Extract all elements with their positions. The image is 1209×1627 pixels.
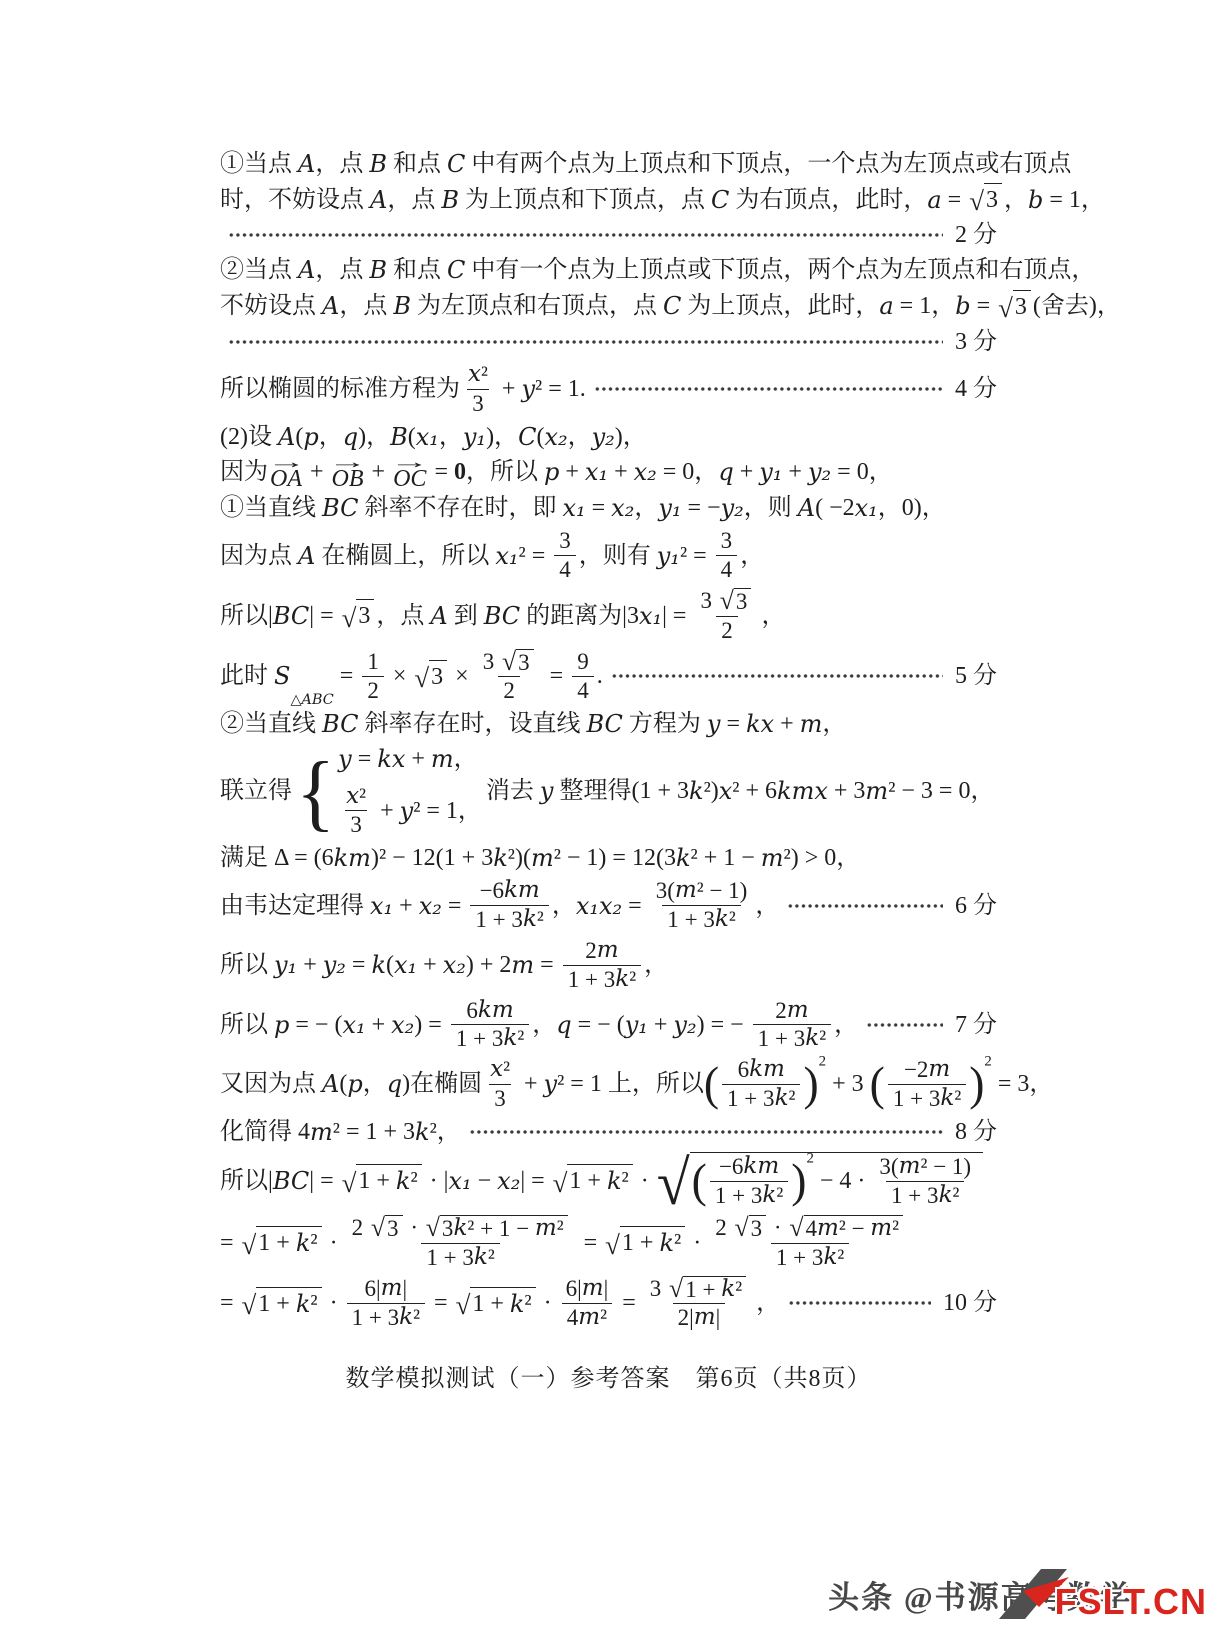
- text-run: 因为: [220, 456, 268, 488]
- text-run: k: [607, 1165, 622, 1197]
- text-run: BC: [273, 600, 309, 632]
- dotted-leader: [228, 232, 943, 238]
- text-run: m: [817, 1216, 839, 1242]
- solution-line: 因为点 A 在椭圆上，所以 x₁² = 34，则有 y₁² = 34，: [220, 527, 997, 584]
- text-run: 所以|: [220, 600, 273, 632]
- solution-line: 又因为点 A(p，q)在椭圆x²3 + y² = 1 上，所以(6km1 + 3…: [220, 1056, 997, 1113]
- line-content: ①当直线 BC 斜率不存在时，即 x₁ = x₂，y₁ = −y₂，则 A( −…: [220, 492, 946, 524]
- vector: →OA: [270, 456, 302, 489]
- text-run: x₁: [370, 890, 393, 922]
- text-run: 4: [721, 557, 733, 583]
- fraction: −6km1 + 3k²: [710, 1153, 788, 1210]
- solution-line: 2 分: [220, 219, 997, 251]
- text-run: b: [955, 290, 970, 322]
- text-run: m: [578, 1305, 600, 1331]
- radical-sign: √: [998, 295, 1013, 322]
- text-run: ，: [363, 1068, 387, 1100]
- solution-line: ②当点 A，点 B 和点 C 中有一个点为上顶点或下顶点，两个点为左顶点和右顶点…: [220, 254, 997, 286]
- square-root: √1 + k²: [242, 1226, 322, 1259]
- text-run: x₂: [544, 421, 567, 453]
- square-root: √1 + k²: [669, 1276, 746, 1303]
- fraction: 2m1 + 3k²: [753, 997, 831, 1054]
- line-content: ②当直线 BC 斜率存在时，设直线 BC 方程为 y = kx + m，: [220, 708, 846, 740]
- text-run: 3: [736, 589, 748, 615]
- text-run: 1 +: [258, 1227, 296, 1259]
- text-run: +: [774, 708, 800, 740]
- denominator: 1 + 3k²: [771, 1243, 849, 1272]
- text-run: 联立得: [220, 775, 292, 807]
- text-run: 1: [367, 649, 379, 675]
- text-run: y₁: [658, 492, 681, 524]
- text-run: BC: [322, 708, 358, 740]
- text-run: m: [865, 775, 888, 807]
- solution-line: ①当直线 BC 斜率不存在时，即 x₁ = x₂，y₁ = −y₂，则 A( −…: [220, 492, 997, 524]
- numerator: 3 √1 + k²: [645, 1275, 753, 1304]
- text-run: −: [472, 1165, 498, 1197]
- text-run: A: [298, 148, 315, 180]
- text-run: ) = −: [697, 1009, 750, 1041]
- radicand: 1 + k²: [256, 1226, 321, 1259]
- square-root: √4m² − m²: [789, 1215, 903, 1242]
- line-content: 不妨设点 A，点 B 为左顶点和右顶点，点 C 为上顶点，此时，a = 1，b …: [220, 290, 1121, 323]
- text-run: kmx: [777, 775, 828, 807]
- solution-line: 所以|BC| = √3，点 A 到 BC 的距离为|3x₁| = 3 √32，: [220, 587, 997, 645]
- radical-sign: √: [789, 1215, 803, 1241]
- text-run: ，点: [339, 290, 393, 322]
- text-run: y₂: [721, 492, 744, 524]
- text-run: y: [544, 1068, 558, 1100]
- text-run: x₂: [443, 949, 466, 981]
- text-run: ，: [439, 421, 463, 453]
- square-root: √3k² + 1 − m²: [426, 1215, 568, 1242]
- text-run: m: [787, 998, 809, 1024]
- score-label: 7 分: [955, 1009, 997, 1041]
- text-run: 3: [350, 812, 362, 838]
- text-run: ²: [837, 1245, 844, 1271]
- text-run: 所以: [220, 949, 274, 981]
- text-run: | =: [309, 1165, 339, 1197]
- text-run: km: [749, 1057, 785, 1083]
- text-run: A: [322, 290, 339, 322]
- denominator: 1 + 3k²: [710, 1181, 788, 1210]
- text-run: k: [396, 1165, 411, 1197]
- text-run: 不妨设点: [220, 290, 322, 322]
- text-run: ) =: [414, 1009, 448, 1041]
- fraction: 3 √32: [695, 587, 758, 645]
- text-run: ，: [822, 708, 846, 740]
- score-label: 6 分: [955, 890, 997, 922]
- radicand: 3: [1013, 290, 1031, 323]
- text-run: y₂: [592, 421, 615, 453]
- text-run: + 3: [828, 775, 866, 807]
- text-run: m: [431, 743, 454, 775]
- numerator: 2m: [770, 997, 813, 1025]
- text-run: k: [453, 1216, 467, 1242]
- square-root: √(−6km1 + 3k²)2 − 4 · 3(m² − 1)1 + 3k²: [657, 1151, 983, 1211]
- text-run: 3(: [879, 1154, 898, 1180]
- fraction: 3(m² − 1)1 + 3k²: [651, 877, 753, 934]
- text-run: ² + 1 −: [691, 842, 761, 874]
- dotted-leader: [787, 903, 943, 909]
- radical-sign: √: [242, 1232, 257, 1259]
- denominator: 3: [489, 1084, 511, 1113]
- line-content: 此时 S△ABC = 12 × √3 × 3 √32 = 94.: [220, 648, 603, 706]
- radical-sign: √: [502, 649, 516, 675]
- fraction: 6km1 + 3k²: [722, 1056, 800, 1113]
- text-run: 1 +: [569, 1165, 607, 1197]
- radical-sign: √: [605, 1232, 620, 1259]
- text-run: ，: [319, 421, 343, 453]
- text-run: ，点: [315, 254, 369, 286]
- solution-line: 化简得 4m² = 1 + 3k²，8 分: [220, 1116, 997, 1148]
- solution-line: = √1 + k² · 2 √3 · √3k² + 1 − m²1 + 3k² …: [220, 1214, 997, 1272]
- text-run: B: [441, 184, 459, 216]
- text-run: ²: [600, 1305, 607, 1331]
- line-content: (2)设 A(p，q)，B(x₁，y₁)，C(x₂，y₂)，: [220, 421, 647, 453]
- solution-line: 满足 Δ = (6km)² − 12(1 + 3k²)(m² − 1) = 12…: [220, 842, 997, 874]
- text-run: k: [939, 1183, 953, 1209]
- text-run: 时，不妨设点: [220, 184, 370, 216]
- page-footer: 数学模拟测试（一）参考答案 第6页（共8页）: [220, 1358, 997, 1393]
- square-root: √3: [998, 290, 1031, 323]
- text-run: ①当点: [220, 148, 298, 180]
- system-rows: y = kx + m，x²3 + y² = 1，: [338, 743, 482, 839]
- text-run: 3: [358, 600, 370, 632]
- denominator: 1 + 3k²: [563, 965, 641, 994]
- numerator: 3 √3: [695, 587, 758, 616]
- system-row: x²3 + y² = 1，: [338, 783, 482, 840]
- text-run: m: [694, 1305, 716, 1331]
- text-run: ²)(: [508, 842, 531, 874]
- text-run: A: [298, 254, 315, 286]
- text-run: 为右顶点，此时，: [729, 184, 927, 216]
- text-run: C: [447, 148, 465, 180]
- text-run: 因为点: [220, 540, 298, 572]
- text-run: =: [220, 1287, 240, 1319]
- text-run: 4: [806, 1216, 818, 1242]
- denominator: 1 + 3k²: [722, 1084, 800, 1113]
- square-root: √3: [502, 649, 534, 676]
- square-root: √3: [371, 1215, 403, 1242]
- radical-sign: √: [342, 1170, 357, 1197]
- text-run: ，所以: [466, 456, 544, 488]
- numerator: −6km: [714, 1153, 784, 1181]
- numerator: 6km: [461, 997, 518, 1025]
- text-run: a: [879, 290, 893, 322]
- text-run: m: [535, 1216, 557, 1242]
- text-run: ²: [819, 1026, 826, 1052]
- radicand: 1 + k²: [620, 1226, 685, 1259]
- text-run: (: [408, 421, 416, 453]
- text-run: y: [400, 795, 414, 827]
- radicand: 3: [749, 1215, 767, 1242]
- text-run: y₁: [274, 949, 297, 981]
- text-run: ①当直线: [220, 492, 322, 524]
- text-run: ，: [568, 421, 592, 453]
- text-run: 方程为: [623, 708, 707, 740]
- denominator: 4: [554, 555, 576, 584]
- numerator: 2m: [580, 937, 623, 965]
- numerator: 9: [572, 648, 594, 676]
- text-run: y: [521, 373, 535, 405]
- text-run: ，点: [376, 600, 430, 632]
- text-run: )，: [615, 421, 647, 453]
- radical-sign: √: [342, 605, 357, 632]
- line-content: 所以 p = − (x₁ + x₂) = 6km1 + 3k²，q = − (y…: [220, 997, 858, 1054]
- text-run: = − (: [572, 1009, 625, 1041]
- denominator: 1 + 3k²: [421, 1243, 499, 1272]
- text-run: x₁: [639, 600, 662, 632]
- text-run: m: [761, 842, 784, 874]
- square-root: √3: [720, 588, 752, 615]
- text-run: ，点: [315, 148, 369, 180]
- text-run: 为上顶点和下顶点，点: [459, 184, 711, 216]
- text-run: −6: [479, 878, 504, 904]
- text-run: | =: [309, 600, 339, 632]
- text-run: y₁: [625, 1009, 648, 1041]
- text-run: m: [899, 1154, 921, 1180]
- line-content: 由韦达定理得 x₁ + x₂ = −6km1 + 3k²，x₁x₂ = 3(m²…: [220, 877, 779, 934]
- text-run: 中有两个点为上顶点和下顶点，一个点为左顶点或右顶点: [465, 148, 1071, 180]
- text-run: 1 + 3: [352, 1305, 400, 1331]
- text-run: k: [510, 1288, 525, 1320]
- text-run: =: [442, 890, 468, 922]
- text-run: +: [366, 1009, 392, 1041]
- text-run: +: [734, 456, 760, 488]
- text-run: =: [578, 1227, 604, 1259]
- text-run: ² = 1 + 3: [333, 1116, 415, 1148]
- text-run: km: [743, 1154, 779, 1180]
- text-run: 2: [775, 998, 787, 1024]
- text-run: 化简得 4: [220, 1116, 310, 1148]
- text-run: 6: [738, 1057, 750, 1083]
- text-run: x₂: [634, 456, 657, 488]
- text-run: =: [544, 660, 570, 692]
- text-run: 3: [751, 1216, 763, 1242]
- text-run: +: [648, 1009, 674, 1041]
- text-run: ，0)，: [878, 492, 946, 524]
- text-run: p: [274, 1009, 289, 1041]
- text-run: x₂: [497, 1165, 520, 1197]
- text-run: 2: [585, 938, 597, 964]
- score-label: 8 分: [955, 1116, 997, 1148]
- exponent: 2: [806, 1149, 813, 1169]
- text-run: =: [942, 184, 968, 216]
- dotted-leader: [594, 386, 943, 392]
- radicand: (−6km1 + 3k²)2 − 4 · 3(m² − 1)1 + 3k²: [690, 1152, 983, 1210]
- text-run: ²: [735, 1277, 742, 1303]
- text-run: x: [490, 1057, 503, 1083]
- equation-system: {y = kx + m，x²3 + y² = 1，: [296, 743, 482, 839]
- fraction: 3 √32: [478, 648, 541, 706]
- square-root: √3: [342, 599, 375, 632]
- text-run: m: [928, 1057, 950, 1083]
- solution-content: ①当点 A，点 B 和点 C 中有两个点为上顶点和下顶点，一个点为左顶点或右顶点…: [0, 0, 1209, 1393]
- text-run: ²: [953, 1183, 960, 1209]
- text-run: A: [298, 540, 315, 572]
- text-run: = 1，: [894, 290, 956, 322]
- text-run: 3: [986, 184, 998, 216]
- text-run: = 3，: [992, 1068, 1054, 1100]
- fraction: 34: [716, 527, 738, 584]
- text-run: 3: [650, 1276, 667, 1302]
- vector-arrow-icon: →: [266, 456, 305, 469]
- text-run: ·: [324, 1287, 344, 1319]
- text-run: B: [369, 254, 387, 286]
- text-run: 2|: [678, 1305, 694, 1331]
- text-run: 3: [431, 661, 443, 693]
- square-root: √1 + k²: [456, 1287, 536, 1320]
- text-run: A: [370, 184, 387, 216]
- solution-line: 此时 S△ABC = 12 × √3 × 3 √32 = 94.5 分: [220, 648, 997, 706]
- text-run: 和点: [387, 148, 447, 180]
- radical-sign: √: [456, 1292, 471, 1319]
- radical-sign: √: [553, 1170, 568, 1197]
- text-run: k: [503, 1026, 517, 1052]
- text-run: ) + 2: [466, 949, 512, 981]
- fraction: −2m1 + 3k²: [888, 1056, 966, 1113]
- text-run: 3: [559, 528, 571, 554]
- numerator: 3: [716, 527, 738, 555]
- text-run: =: [616, 1287, 642, 1319]
- dotted-leader: [469, 1129, 943, 1135]
- text-run: 中有一个点为上顶点或下顶点，两个点为左顶点和右顶点，: [465, 254, 1095, 286]
- text-run: k: [615, 967, 629, 993]
- solution-line: 所以|BC| = √1 + k² · |x₁ − x₂| = √1 + k² ·…: [220, 1151, 997, 1211]
- fslt-logo: FSLT.CN: [985, 1561, 1207, 1623]
- text-run: p: [347, 1068, 362, 1100]
- fraction: 3(m² − 1)1 + 3k²: [874, 1153, 976, 1210]
- denominator: 3: [467, 389, 489, 418]
- text-run: 1 + 3: [667, 907, 715, 933]
- text-run: 3(: [656, 878, 675, 904]
- fraction: 12: [362, 648, 384, 705]
- line-content: 满足 Δ = (6km)² − 12(1 + 3k²)(m² − 1) = 12…: [220, 842, 860, 874]
- text-run: 3: [472, 391, 484, 417]
- text-run: −2: [904, 1057, 929, 1083]
- text-run: y₂: [323, 949, 346, 981]
- text-run: ，: [834, 1009, 858, 1041]
- text-run: ，: [755, 890, 779, 922]
- fraction: 34: [554, 527, 576, 584]
- text-run: BC: [322, 492, 358, 524]
- text-run: ²: [674, 1227, 681, 1259]
- line-content: 因为→OA + →OB + →OC = 0，所以 p + x₁ + x₂ = 0…: [220, 456, 893, 489]
- text-run: 1 +: [685, 1277, 721, 1303]
- big-paren: (: [704, 1067, 719, 1103]
- radicand: 1 + k²: [567, 1164, 632, 1197]
- dotted-leader: [611, 673, 943, 679]
- text-run: y₂: [673, 1009, 696, 1041]
- text-run: 和点: [387, 254, 447, 286]
- text-run: 消去: [486, 775, 540, 807]
- text-run: (: [295, 421, 303, 453]
- text-run: = − (: [289, 1009, 342, 1041]
- text-run: 2: [352, 1215, 369, 1241]
- text-run: A: [430, 600, 447, 632]
- text-run: +: [405, 743, 431, 775]
- text-run: x: [719, 775, 733, 807]
- line-content: ②当点 A，点 B 和点 C 中有一个点为上顶点或下顶点，两个点为左顶点和右顶点…: [220, 254, 1095, 286]
- text-run: =: [220, 1227, 240, 1259]
- text-run: ² = 1.: [535, 373, 586, 405]
- big-paren: ): [791, 1164, 806, 1200]
- text-run: 2: [503, 678, 515, 704]
- system-row: y = kx + m，: [338, 743, 478, 775]
- square-root: √1 + k²: [605, 1226, 685, 1259]
- text-run: +: [559, 456, 585, 488]
- numerator: x²: [341, 783, 371, 811]
- text-run: ²: [729, 907, 736, 933]
- text-run: ，: [740, 540, 764, 572]
- text-run: ·: [538, 1287, 558, 1319]
- text-run: ，: [454, 743, 478, 775]
- numerator: 1: [362, 648, 384, 676]
- denominator: 2: [498, 676, 520, 705]
- text-run: )² − 12(1 + 3: [371, 842, 493, 874]
- text-run: y₁: [759, 456, 782, 488]
- text-run: = 0，: [657, 456, 719, 488]
- numerator: 6|m|: [561, 1275, 614, 1303]
- text-run: ² − 3 = 0，: [888, 775, 994, 807]
- text-run: 此时: [220, 660, 274, 692]
- square-root: √3: [969, 183, 1002, 216]
- solution-line: = √1 + k² · 6|m|1 + 3k² = √1 + k² · 6|m|…: [220, 1275, 997, 1333]
- watermark-site: FSLT.CN: [1055, 1581, 1207, 1623]
- text-run: ²): [704, 775, 719, 807]
- text-run: 满足 Δ = (6: [220, 842, 334, 874]
- denominator: 4: [572, 676, 594, 705]
- fraction: 6|m|4m²: [561, 1275, 614, 1332]
- text-run: ，点: [387, 184, 441, 216]
- line-content: 化简得 4m² = 1 + 3k²，: [220, 1116, 461, 1148]
- square-root: √1 + k²: [553, 1164, 633, 1197]
- radicand: 1 + k²: [356, 1164, 421, 1197]
- text-run: 为左顶点和右顶点，点: [411, 290, 663, 322]
- text-run: ，: [532, 1009, 556, 1041]
- text-run: +: [608, 456, 634, 488]
- text-run: 又因为点: [220, 1068, 322, 1100]
- text-run: ，: [552, 890, 576, 922]
- text-run: k: [296, 1288, 311, 1320]
- dotted-leader: [788, 1300, 931, 1306]
- big-paren: ): [803, 1067, 818, 1103]
- text-run: ²: [488, 1245, 495, 1271]
- text-run: 所以|: [220, 1165, 273, 1197]
- text-run: ②当直线: [220, 708, 322, 740]
- score-label: 10 分: [943, 1287, 997, 1319]
- text-run: x₁: [562, 492, 585, 524]
- text-run: 3: [518, 650, 530, 676]
- square-root: √1 + k²: [342, 1164, 422, 1197]
- text-run: (: [339, 1068, 347, 1100]
- solution-lines: ①当点 A，点 B 和点 C 中有两个点为上顶点和下顶点，一个点为左顶点或右顶点…: [220, 148, 997, 1332]
- radical-sign: √: [426, 1215, 440, 1241]
- text-run: A: [278, 421, 295, 453]
- text-run: x₁: [585, 456, 608, 488]
- text-run: ²: [410, 1165, 417, 1197]
- fraction: x²3: [463, 361, 493, 418]
- text-run: 1 + 3: [715, 1183, 763, 1209]
- text-run: +: [518, 1068, 544, 1100]
- text-run: 1 + 3: [891, 1183, 939, 1209]
- text-run: 1 +: [358, 1165, 396, 1197]
- denominator: 4: [716, 555, 738, 584]
- text-run: |: [402, 1276, 407, 1302]
- text-run: 1 + 3: [475, 907, 523, 933]
- text-run: =: [622, 890, 648, 922]
- solution-line: 由韦达定理得 x₁ + x₂ = −6km1 + 3k²，x₁x₂ = 3(m²…: [220, 877, 997, 934]
